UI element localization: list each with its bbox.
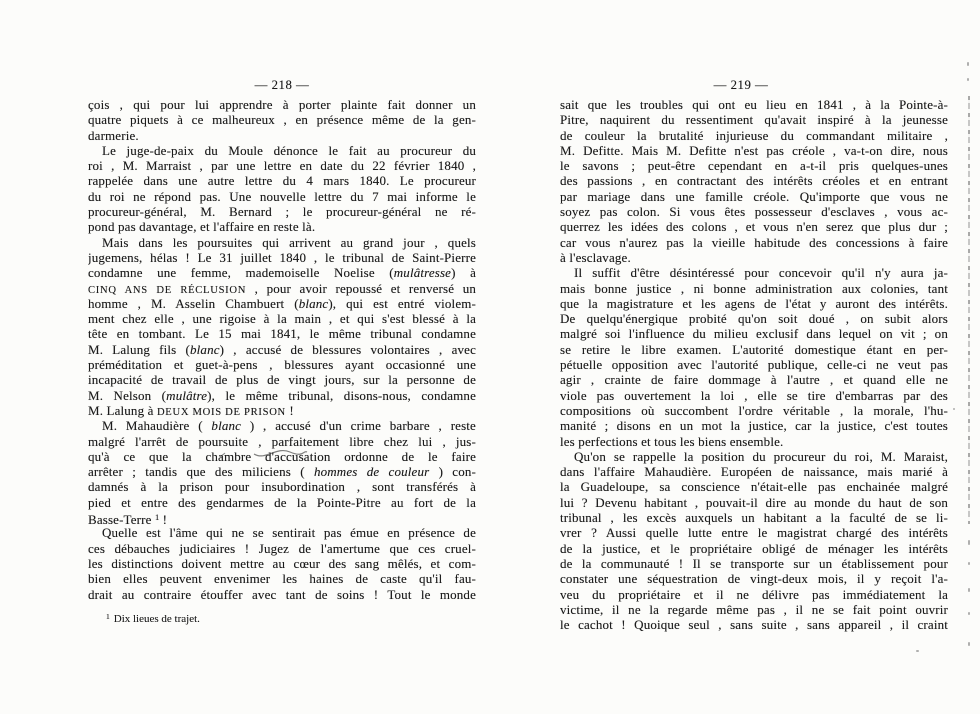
text-run: veu du propriétaire et il ne délivre pas… <box>560 587 948 602</box>
text-line: darmerie. <box>88 128 476 143</box>
page-218-footnote: 1Dix lieues de trajet. <box>106 612 200 625</box>
text-run: tribunal , les excès auxquels un habitan… <box>560 510 948 525</box>
italic-run: blanc <box>299 296 329 311</box>
scan-artifact-speck <box>967 62 969 66</box>
text-run: quatre piquets à ce malheureux , en prés… <box>88 112 476 127</box>
text-line: se retire le libre examen. L'autorité do… <box>560 342 948 357</box>
text-line: Quelle est l'âme qui ne se sentirait pas… <box>88 525 476 540</box>
text-run: les distinctions doivent mettre au cœur … <box>88 556 476 571</box>
text-run: pond pas davantage, et l'affaire en rest… <box>88 219 315 234</box>
text-run: incapacité de travail de plus de vingt j… <box>88 372 476 387</box>
text-line: agir , crainte de faire dommage à l'autr… <box>560 372 948 387</box>
text-line: damnés à la prison pour insubordination … <box>88 479 476 494</box>
page-218: — 218 — çois , qui pour lui apprendre à … <box>88 78 476 602</box>
text-line: ces débauches judiciaires ! Jugez de l'a… <box>88 541 476 556</box>
text-line: querrez les idées des colons , et vous n… <box>560 219 948 234</box>
text-run: Quelle est l'âme qui ne se sentirait pas… <box>102 525 476 540</box>
text-line: manité ; disons en un mot la justice, ca… <box>560 418 948 433</box>
text-line: par mariage dans une famille créole. Qu'… <box>560 189 948 204</box>
text-line: pond pas davantage, et l'affaire en rest… <box>88 219 476 234</box>
text-line: victime, il ne la regarde même pas , il … <box>560 602 948 617</box>
text-line: M. Lalung à DEUX MOIS DE PRISON ! <box>88 403 476 418</box>
text-run: ) con- <box>429 464 476 479</box>
scan-artifact-edge-line <box>968 96 970 524</box>
text-run: malgré l'arrêt de poursuite , parfaiteme… <box>88 434 476 449</box>
text-run: ces débauches judiciaires ! Jugez de l'a… <box>88 541 476 556</box>
text-run: constater une séquestration de vingt-deu… <box>560 571 948 586</box>
text-line: arrêter ; tandis que des miliciens ( hom… <box>88 464 476 479</box>
text-line: roi , M. Marraist , par une lettre en da… <box>88 158 476 173</box>
text-run: les perfections et tous les biens ensemb… <box>560 434 783 449</box>
text-line: tête en tombant. Le 15 mai 1841, le même… <box>88 326 476 341</box>
footnote-marker: 1 <box>106 612 110 621</box>
text-run: le cachot ! Quoique seul , sans suite , … <box>560 617 948 632</box>
text-line: lui ? Devenu habitant , pouvait-il dire … <box>560 495 948 510</box>
text-line: rappelée dans une autre lettre du 4 mars… <box>88 173 476 188</box>
text-run: querrez les idées des colons , et vous n… <box>560 219 948 234</box>
text-run: mais bonne justice , ni bonne administra… <box>560 281 948 296</box>
text-line: le cachot ! Quoique seul , sans suite , … <box>560 617 948 632</box>
text-run: darmerie. <box>88 128 139 143</box>
text-run: victime, il ne la regarde même pas , il … <box>560 602 948 617</box>
text-run: tête en tombant. Le 15 mai 1841, le même… <box>88 326 476 341</box>
text-run: condamne une femme, mademoiselle Noelise… <box>88 265 394 280</box>
text-run: malgré soi l'influence du milieu exclusi… <box>560 326 948 341</box>
text-line: à l'esclavage. <box>560 250 948 265</box>
text-run: M. Defitte. Mais M. Defitte n'est pas cr… <box>560 143 948 158</box>
text-line: procureur-général, M. Bernard ; le procu… <box>88 204 476 219</box>
text-line: préméditation et guet-à-pens , blessures… <box>88 357 476 372</box>
text-run: sait que les troubles qui ont eu lieu en… <box>560 97 948 112</box>
text-run: ment chez elle , une rigoise à la main ,… <box>88 311 476 326</box>
text-run: car vous n'aurez pas la vieille habitude… <box>560 235 948 250</box>
text-run: Mais dans les poursuites qui arrivent au… <box>102 235 476 250</box>
text-run: roi , M. Marraist , par une lettre en da… <box>88 158 476 173</box>
text-run: par mariage dans une famille créole. Qu'… <box>560 189 948 204</box>
text-run: de couleur la brutalité injurieuse du co… <box>560 128 948 143</box>
text-run: ) à <box>451 265 476 280</box>
scan-artifact-speck <box>916 650 919 652</box>
text-line: veu du propriétaire et il ne délivre pas… <box>560 587 948 602</box>
text-line: du roi ne répond pas. Une nouvelle lettr… <box>88 189 476 204</box>
text-run: se retire le libre examen. L'autorité do… <box>560 342 948 357</box>
text-line: quatre piquets à ce malheureux , en prés… <box>88 112 476 127</box>
text-line: car vous n'aurez pas la vieille habitude… <box>560 235 948 250</box>
text-line: vrer ? Aussi quelle lutte entre le magis… <box>560 525 948 540</box>
text-run: ), qui est entré violem- <box>328 296 476 311</box>
text-run: homme , M. Asselin Chambuert ( <box>88 296 299 311</box>
text-line: Pitre, naquirent du ressentiment qu'avai… <box>560 112 948 127</box>
scan-artifact-speck <box>968 562 970 565</box>
italic-run: blanc <box>211 418 241 433</box>
text-line: constater une séquestration de vingt-deu… <box>560 571 948 586</box>
text-run: Il suffit d'être désintéressé pour conce… <box>574 265 948 280</box>
text-run: qu'à ce que la chambre d'accusation ordo… <box>88 449 476 464</box>
page-219-header: — 219 — <box>560 78 948 97</box>
text-run: procureur-général, M. Bernard ; le procu… <box>88 204 476 219</box>
text-run: la Guadeloupe, sa conscience n'était-ell… <box>560 479 948 494</box>
text-run: damnés à la prison pour insubordination … <box>88 479 476 494</box>
italic-run: hommes de couleur <box>314 464 429 479</box>
text-line: soyez pas colon. Si vous êtes possesseur… <box>560 204 948 219</box>
text-run: Le juge-de-paix du Moule dénonce le fait… <box>102 143 476 158</box>
text-run: du roi ne répond pas. Une nouvelle lettr… <box>88 189 476 204</box>
text-line: incapacité de travail de plus de vingt j… <box>88 372 476 387</box>
text-line: M. Nelson (mulâtre), le même tribunal, d… <box>88 388 476 403</box>
text-run: , pour avoir repoussé et renversé un <box>246 281 476 296</box>
text-line: Qu'on se rappelle la position du procure… <box>560 449 948 464</box>
page-219-body: sait que les troubles qui ont eu lieu en… <box>560 97 948 632</box>
text-line: sait que les troubles qui ont eu lieu en… <box>560 97 948 112</box>
text-line: que la magistrature et les agens de l'ét… <box>560 296 948 311</box>
text-line: CINQ ANS DE RÉCLUSION , pour avoir repou… <box>88 281 476 296</box>
text-run: compositions où succombent l'ordre vérit… <box>560 403 948 418</box>
text-run: Qu'on se rappelle la position du procure… <box>574 449 948 464</box>
text-run: préméditation et guet-à-pens , blessures… <box>88 357 476 372</box>
text-line: les perfections et tous les biens ensemb… <box>560 434 948 449</box>
text-line: çois , qui pour lui apprendre à porter p… <box>88 97 476 112</box>
text-line: bien elles peuvent envenimer les haines … <box>88 571 476 586</box>
text-line: compositions où succombent l'ordre vérit… <box>560 403 948 418</box>
text-run: Basse-Terre <box>88 512 155 525</box>
text-run: de la justice, et le propriétaire obligé… <box>560 541 948 556</box>
text-line: le savons ; peut-être cependant en a-t-i… <box>560 158 948 173</box>
text-run: ), le même tribunal, disons-nous, condam… <box>207 388 476 403</box>
text-line: dans l'affaire Mahaudière. Européen de n… <box>560 464 948 479</box>
text-run: bien elles peuvent envenimer les haines … <box>88 571 476 586</box>
italic-run: blanc <box>190 342 220 357</box>
text-run: ) , accusé de blessures volontaires , av… <box>220 342 476 357</box>
text-line: mais bonne justice , ni bonne administra… <box>560 281 948 296</box>
text-run: ! <box>159 512 167 525</box>
text-run: arrêter ; tandis que des miliciens ( <box>88 464 314 479</box>
text-run: M. Nelson ( <box>88 388 166 403</box>
footnote-text: Dix lieues de trajet. <box>114 613 200 625</box>
text-line: de couleur la brutalité injurieuse du co… <box>560 128 948 143</box>
text-line: M. Defitte. Mais M. Defitte n'est pas cr… <box>560 143 948 158</box>
text-run: pétuelle opposition avec l'autorité publ… <box>560 357 948 372</box>
text-line: pétuelle opposition avec l'autorité publ… <box>560 357 948 372</box>
text-line: Basse-Terre 1 ! <box>88 510 476 525</box>
text-run: à l'esclavage. <box>560 250 631 265</box>
text-line: les distinctions doivent mettre au cœur … <box>88 556 476 571</box>
scan-artifact-speck <box>968 612 970 615</box>
text-line: Il suffit d'être désintéressé pour conce… <box>560 265 948 280</box>
text-line: drait au contraire étouffer avec tant de… <box>88 587 476 602</box>
text-run: des passions , en contractant des intérê… <box>560 173 948 188</box>
text-run: manité ; disons en un mot la justice, ca… <box>560 418 948 433</box>
smallcaps-run: DEUX MOIS DE PRISON <box>157 407 286 418</box>
text-line: Le juge-de-paix du Moule dénonce le fait… <box>88 143 476 158</box>
text-run: ! <box>286 403 294 418</box>
page-219: — 219 — sait que les troubles qui ont eu… <box>560 78 948 632</box>
text-run: le savons ; peut-être cependant en a-t-i… <box>560 158 948 173</box>
text-line: la Guadeloupe, sa conscience n'était-ell… <box>560 479 948 494</box>
text-run: lui ? Devenu habitant , pouvait-il dire … <box>560 495 948 510</box>
scan-artifact-speck <box>967 78 969 81</box>
text-line: viole pas ouvertement la loi , elle se t… <box>560 388 948 403</box>
text-line: ment chez elle , une rigoise à la main ,… <box>88 311 476 326</box>
text-line: malgré l'arrêt de poursuite , parfaiteme… <box>88 434 476 449</box>
text-line: de la communauté ! Il se transporte sur … <box>560 556 948 571</box>
text-line: Mais dans les poursuites qui arrivent au… <box>88 235 476 250</box>
scan-artifact-speck <box>953 408 955 410</box>
italic-run: mulâtresse <box>394 265 451 280</box>
text-line: M. Lalung fils (blanc) , accusé de bless… <box>88 342 476 357</box>
italic-run: mulâtre <box>166 388 207 403</box>
text-run: M. Mahaudière ( <box>102 418 211 433</box>
text-line: malgré soi l'influence du milieu exclusi… <box>560 326 948 341</box>
text-line: M. Mahaudière ( blanc ) , accusé d'un cr… <box>88 418 476 433</box>
scan-artifact-speck <box>968 540 970 545</box>
text-run: soyez pas colon. Si vous êtes possesseur… <box>560 204 948 219</box>
text-run: M. Lalung à <box>88 403 157 418</box>
page-218-header: — 218 — <box>88 78 476 97</box>
text-run: De quelqu'énergique probité qu'on soit d… <box>560 311 948 326</box>
text-line: tribunal , les excès auxquels un habitan… <box>560 510 948 525</box>
text-run: que la magistrature et les agens de l'ét… <box>560 296 948 311</box>
scan-artifact-speck <box>968 642 970 646</box>
text-run: M. Lalung fils ( <box>88 342 190 357</box>
scan-artifact-speck <box>968 588 970 592</box>
text-run: vrer ? Aussi quelle lutte entre le magis… <box>560 525 948 540</box>
text-line: homme , M. Asselin Chambuert (blanc), qu… <box>88 296 476 311</box>
text-line: condamne une femme, mademoiselle Noelise… <box>88 265 476 280</box>
text-run: drait au contraire étouffer avec tant de… <box>88 587 476 602</box>
text-line: qu'à ce que la chambre d'accusation ordo… <box>88 449 476 464</box>
smallcaps-run: CINQ ANS DE RÉCLUSION <box>88 285 246 296</box>
text-run: dans l'affaire Mahaudière. Européen de n… <box>560 464 948 479</box>
text-run: jugemens, hélas ! Le 31 juillet 1840 , l… <box>88 250 476 265</box>
page-218-body: çois , qui pour lui apprendre à porter p… <box>88 97 476 602</box>
text-run: de la communauté ! Il se transporte sur … <box>560 556 948 571</box>
text-run: agir , crainte de faire dommage à l'autr… <box>560 372 948 387</box>
text-run: viole pas ouvertement la loi , elle se t… <box>560 388 948 403</box>
text-line: pied et entre des gendarmes de la Pointe… <box>88 495 476 510</box>
text-run: rappelée dans une autre lettre du 4 mars… <box>88 173 476 188</box>
text-line: De quelqu'énergique probité qu'on soit d… <box>560 311 948 326</box>
text-run: Pitre, naquirent du ressentiment qu'avai… <box>560 112 948 127</box>
text-line: des passions , en contractant des intérê… <box>560 173 948 188</box>
text-run: ) , accusé d'un crime barbare , reste <box>241 418 476 433</box>
book-spread: — 218 — çois , qui pour lui apprendre à … <box>0 0 980 714</box>
text-run: pied et entre des gendarmes de la Pointe… <box>88 495 476 510</box>
text-line: de la justice, et le propriétaire obligé… <box>560 541 948 556</box>
text-line: jugemens, hélas ! Le 31 juillet 1840 , l… <box>88 250 476 265</box>
text-run: çois , qui pour lui apprendre à porter p… <box>88 97 476 112</box>
